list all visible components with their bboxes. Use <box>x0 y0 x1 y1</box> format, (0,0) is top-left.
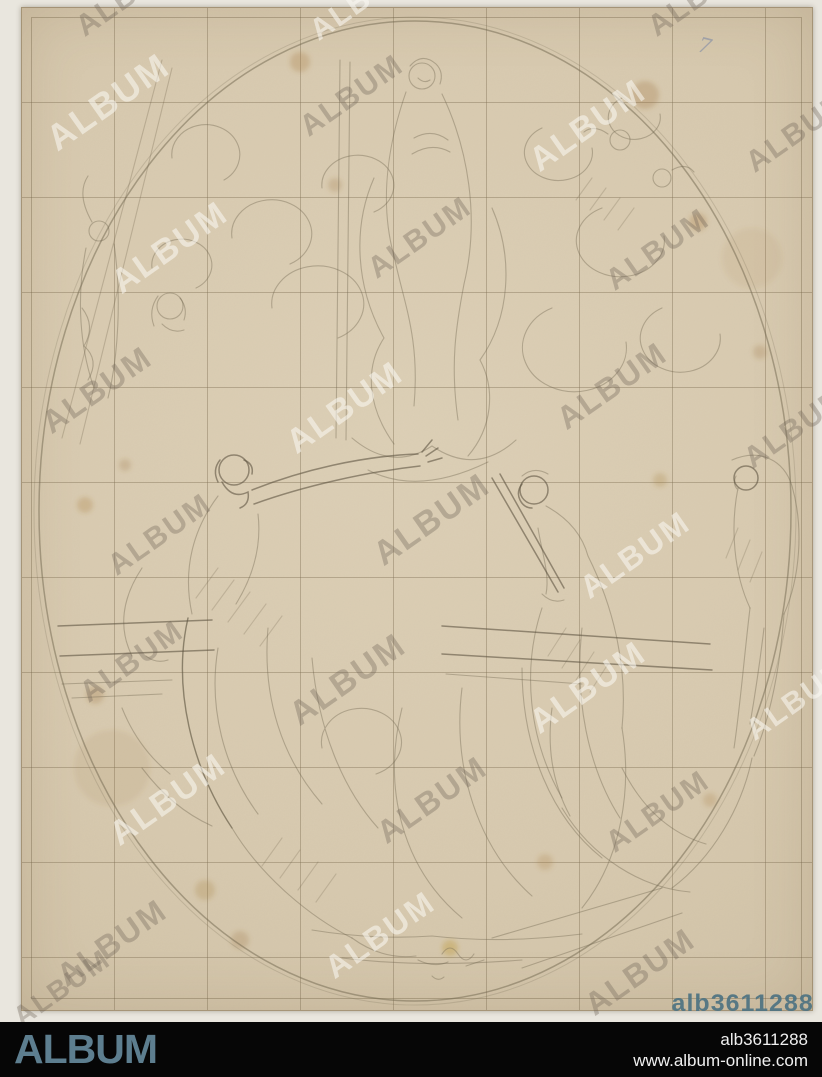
album-logo: ALBUM <box>14 1029 157 1070</box>
chalk-drawing <box>22 8 812 1010</box>
image-id-watermark: alb3611288 <box>672 990 814 1018</box>
credit-bar: ALBUM alb3611288 www.album-online.com <box>0 1022 822 1077</box>
website-text: www.album-online.com <box>633 1050 808 1071</box>
stock-photo-page: 7 ALBUMALBUMALBUMALBUMALBUMALBUMALBUMALB… <box>0 0 822 1077</box>
image-id-text: alb3611288 <box>633 1029 808 1050</box>
artwork-photo: 7 ALBUMALBUMALBUMALBUMALBUMALBUMALBUMALB… <box>0 0 822 1022</box>
drawing-sheet: 7 <box>21 7 813 1011</box>
paper-grain <box>22 8 812 1010</box>
credit-block: alb3611288 www.album-online.com <box>633 1029 808 1071</box>
